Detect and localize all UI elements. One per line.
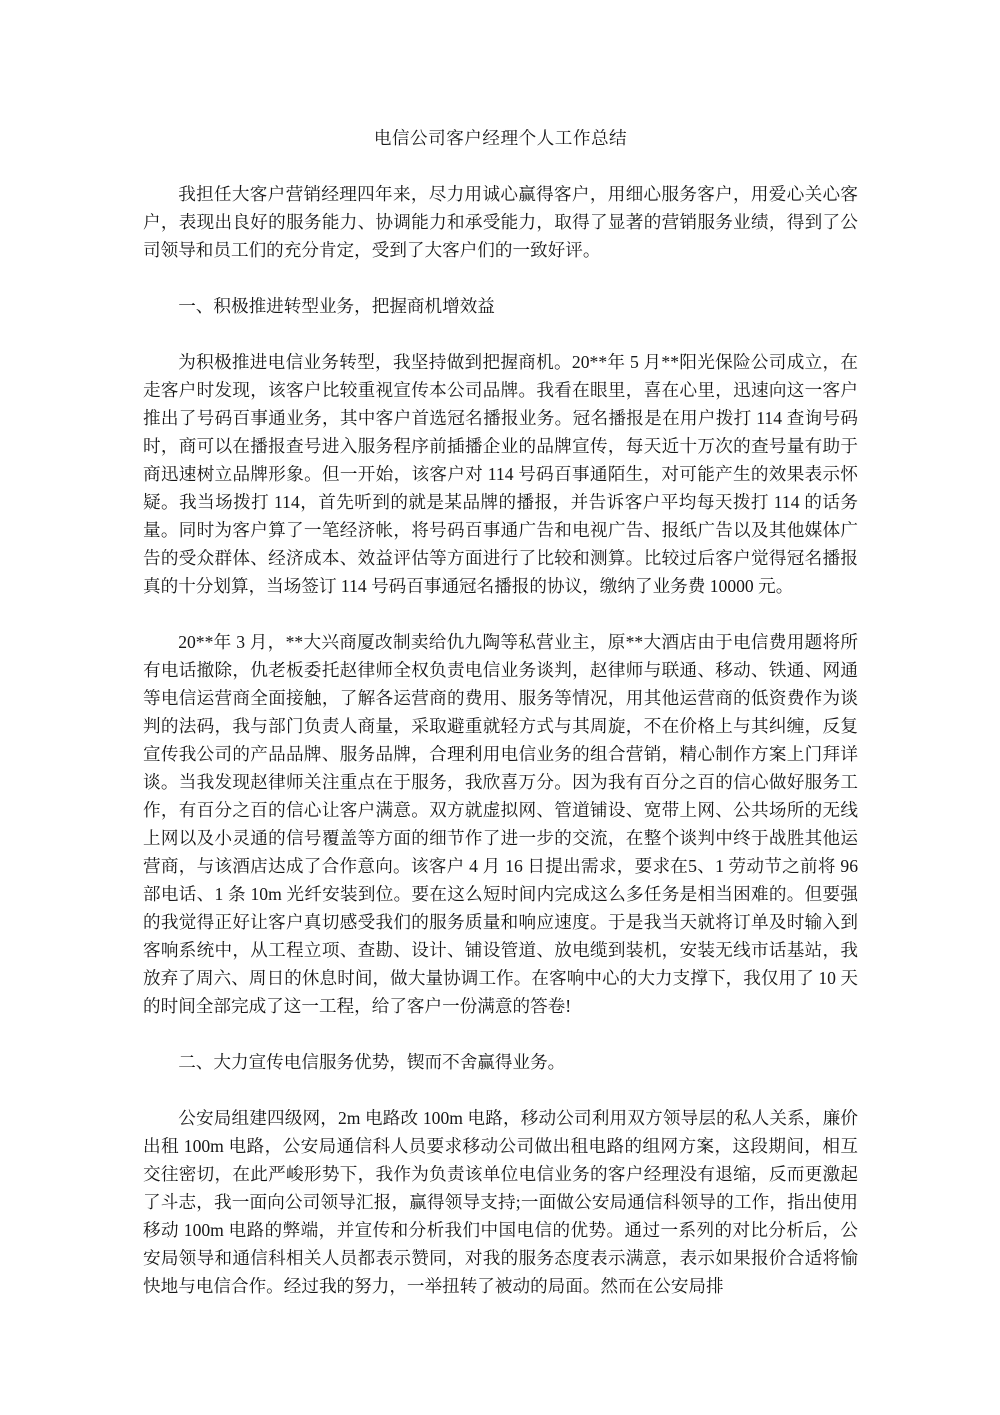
paragraph-section1-a: 为积极推进电信业务转型，我坚持做到把握商机。20**年 5 月**阳光保险公司成… xyxy=(143,348,858,600)
paragraph-section2-a: 公安局组建四级网，2m 电路改 100m 电路，移动公司利用双方领导层的私人关系… xyxy=(143,1104,858,1300)
paragraph-section1-b: 20**年 3 月，**大兴商厦改制卖给仇九陶等私营业主，原**大酒店由于电信费… xyxy=(143,628,858,1020)
section-heading-2: 二、大力宣传电信服务优势，锲而不舍赢得业务。 xyxy=(143,1048,858,1076)
document-title: 电信公司客户经理个人工作总结 xyxy=(143,124,858,152)
paragraph-intro: 我担任大客户营销经理四年来，尽力用诚心赢得客户，用细心服务客户，用爱心关心客户，… xyxy=(143,180,858,264)
document-page: 电信公司客户经理个人工作总结 我担任大客户营销经理四年来，尽力用诚心赢得客户，用… xyxy=(0,0,1000,1415)
section-heading-1: 一、积极推进转型业务，把握商机增效益 xyxy=(143,292,858,320)
